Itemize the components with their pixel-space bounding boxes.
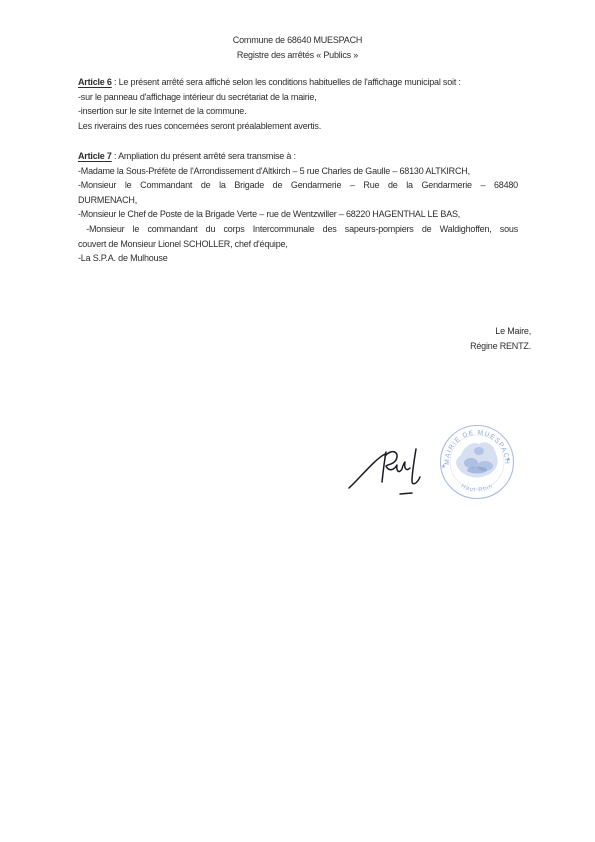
svg-text:Haut-Rhin: Haut-Rhin [460, 483, 495, 493]
article6-line: -insertion sur le site Internet de la co… [78, 104, 518, 119]
article7-line: -Monsieur le Chef de Poste de la Brigade… [78, 207, 518, 222]
seal-zone: MAIRIE DE MUESPACH Haut-Rhin ★ ★ [340, 413, 550, 518]
article6-intro: : Le présent arrêté sera affiché selon l… [112, 77, 461, 87]
header-commune-line: Commune de 68640 MUESPACH [0, 33, 595, 48]
article7-intro: : Ampliation du présent arrêté sera tran… [112, 151, 296, 161]
article6-line: Les riverains des rues concernées seront… [78, 119, 518, 134]
stamp-bottom-text: Haut-Rhin [460, 483, 495, 493]
article7-line: DURMENACH, [78, 193, 518, 208]
article-7: Article 7 : Ampliation du présent arrêté… [78, 149, 518, 266]
stamp-star-right: ★ [506, 457, 511, 463]
article7-label: Article 7 [78, 151, 112, 161]
document-page: Commune de 68640 MUESPACH Registre des a… [0, 0, 595, 842]
article6-line: -sur le panneau d'affichage intérieur du… [78, 90, 518, 105]
mayor-signature [349, 449, 420, 494]
closing-title: Le Maire, [470, 324, 531, 339]
closing-name: Régine RENTZ. [470, 339, 531, 354]
article7-line: -Madame la Sous-Préfète de l'Arrondissem… [78, 164, 518, 179]
article7-line: -La S.P.A. de Mulhouse [78, 251, 518, 266]
closing-block: Le Maire, Régine RENTZ. [470, 324, 531, 354]
stamp-star-left: ★ [441, 464, 446, 470]
article6-label: Article 6 [78, 77, 112, 87]
article7-line: -Monsieur le Commandant de la Brigade de… [78, 178, 518, 193]
article7-line: couvert de Monsieur Lionel SCHOLLER, che… [78, 237, 518, 252]
article-6: Article 6 : Le présent arrêté sera affic… [78, 75, 518, 133]
stamp-coat-of-arms-icon [456, 442, 498, 477]
article7-line: -Monsieur le commandant du corps Interco… [78, 222, 518, 237]
document-header: Commune de 68640 MUESPACH Registre des a… [0, 33, 595, 62]
official-stamp: MAIRIE DE MUESPACH Haut-Rhin ★ ★ [441, 426, 514, 499]
header-registre-line: Registre des arrêtés « Publics » [0, 48, 595, 63]
